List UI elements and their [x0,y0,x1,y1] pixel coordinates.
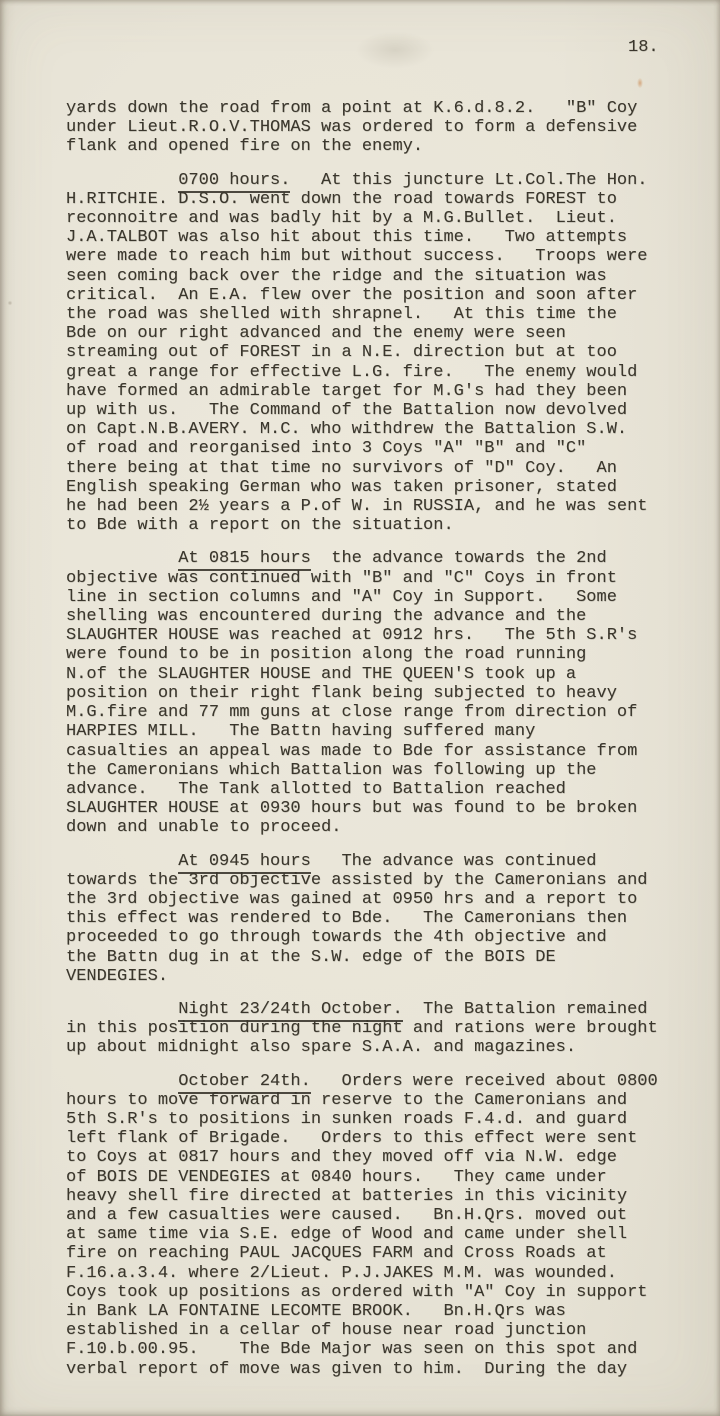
text-line: he had been 2½ years a P.of W. in RUSSIA… [66,497,706,516]
text-line: under Lieut.R.O.V.THOMAS was ordered to … [66,118,706,137]
text-line: Night 23/24th October. The Battalion rem… [66,1000,706,1019]
text-line: critical. An E.A. flew over the position… [66,286,706,305]
text-line: heavy shell fire directed at batteries i… [66,1187,706,1206]
text-line: SLAUGHTER HOUSE at 0930 hours but was fo… [66,799,706,818]
document-page: 18. yards down the road from a point at … [0,0,720,1416]
text-line: great a range for effective L.G. fire. T… [66,363,706,382]
text-line: to Bde with a report on the situation. [66,516,706,535]
paragraph: 0700 hours. At this juncture Lt.Col.The … [66,171,706,536]
text-line: the Cameronians which Battalion was foll… [66,761,706,780]
text-line: Bde on our right advanced and the enemy … [66,324,706,343]
text-line: hours to move forward in reserve to the … [66,1091,706,1110]
text-line: objective was continued with "B" and "C"… [66,569,706,588]
paragraph: Night 23/24th October. The Battalion rem… [66,1000,706,1058]
document-body: yards down the road from a point at K.6.… [66,99,706,1379]
text-line: yards down the road from a point at K.6.… [66,99,706,118]
text-line: left flank of Brigade. Orders to this ef… [66,1129,706,1148]
text-line: At 0945 hours The advance was continued [66,852,706,871]
text-line: position on their right flank being subj… [66,684,706,703]
text-line: down and unable to proceed. [66,818,706,837]
text-line: up about midnight also spare S.A.A. and … [66,1038,706,1057]
text-line: 5th S.R's to positions in sunken roads F… [66,1110,706,1129]
text-line: to Coys at 0817 hours and they moved off… [66,1148,706,1167]
text-line: VENDEGIES. [66,967,706,986]
text-line: H.RITCHIE. D.S.O. went down the road tow… [66,190,706,209]
text-line: of road and reorganised into 3 Coys "A" … [66,439,706,458]
text-line: established in a cellar of house near ro… [66,1321,706,1340]
text-line: flank and opened fire on the enemy. [66,137,706,156]
text-line: in Bank LA FONTAINE LECOMTE BROOK. Bn.H.… [66,1302,706,1321]
page-number: 18. [628,38,659,57]
paragraph: At 0945 hours The advance was continuedt… [66,852,706,986]
text-line: English speaking German who was taken pr… [66,478,706,497]
text-line: and a few casualties were caused. Bn.H.Q… [66,1206,706,1225]
text-line: the Battn dug in at the S.W. edge of the… [66,948,706,967]
text-line: line in section columns and "A" Coy in S… [66,588,706,607]
text-line: the road was shelled with shrapnel. At t… [66,305,706,324]
text-line: advance. The Tank allotted to Battalion … [66,780,706,799]
text-line: up with us. The Command of the Battalion… [66,401,706,420]
text-line: F.16.a.3.4. where 2/Lieut. P.J.JAKES M.M… [66,1264,706,1283]
text-line: have formed an admirable target for M.G'… [66,382,706,401]
text-line: verbal report of move was given to him. … [66,1360,706,1379]
text-line: at same time via S.E. edge of Wood and c… [66,1225,706,1244]
text-line: Coys took up positions as ordered with "… [66,1283,706,1302]
text-line: shelling was encountered during the adva… [66,607,706,626]
text-line: streaming out of FOREST in a N.E. direct… [66,343,706,362]
text-line: 0700 hours. At this juncture Lt.Col.The … [66,171,706,190]
text-line: of BOIS DE VENDEGIES at 0840 hours. They… [66,1168,706,1187]
text-line: At 0815 hours the advance towards the 2n… [66,549,706,568]
text-line: there being at that time no survivors of… [66,459,706,478]
text-line: fire on reaching PAUL JACQUES FARM and C… [66,1244,706,1263]
text-line: N.of the SLAUGHTER HOUSE and THE QUEEN'S… [66,665,706,684]
text-line: proceeded to go through towards the 4th … [66,928,706,947]
text-line: reconnoitre and was badly hit by a M.G.B… [66,209,706,228]
text-line: HARPIES MILL. The Battn having suffered … [66,722,706,741]
text-line: towards the 3rd objective assisted by th… [66,871,706,890]
text-line: SLAUGHTER HOUSE was reached at 0912 hrs.… [66,626,706,645]
text-line: casualties an appeal was made to Bde for… [66,742,706,761]
text-line: F.10.b.00.95. The Bde Major was seen on … [66,1340,706,1359]
text-line: this effect was rendered to Bde. The Cam… [66,909,706,928]
text-line: were found to be in position along the r… [66,645,706,664]
text-line: were made to reach him but without succe… [66,247,706,266]
text-line: J.A.TALBOT was also hit about this time.… [66,228,706,247]
text-line: M.G.fire and 77 mm guns at close range f… [66,703,706,722]
text-line: in this position during the night and ra… [66,1019,706,1038]
text-line: the 3rd objective was gained at 0950 hrs… [66,890,706,909]
text-line: on Capt.N.B.AVERY. M.C. who withdrew the… [66,420,706,439]
paragraph: yards down the road from a point at K.6.… [66,99,706,157]
text-line: October 24th. Orders were received about… [66,1072,706,1091]
paragraph: At 0815 hours the advance towards the 2n… [66,549,706,837]
text-line: seen coming back over the ridge and the … [66,267,706,286]
paragraph: October 24th. Orders were received about… [66,1072,706,1379]
